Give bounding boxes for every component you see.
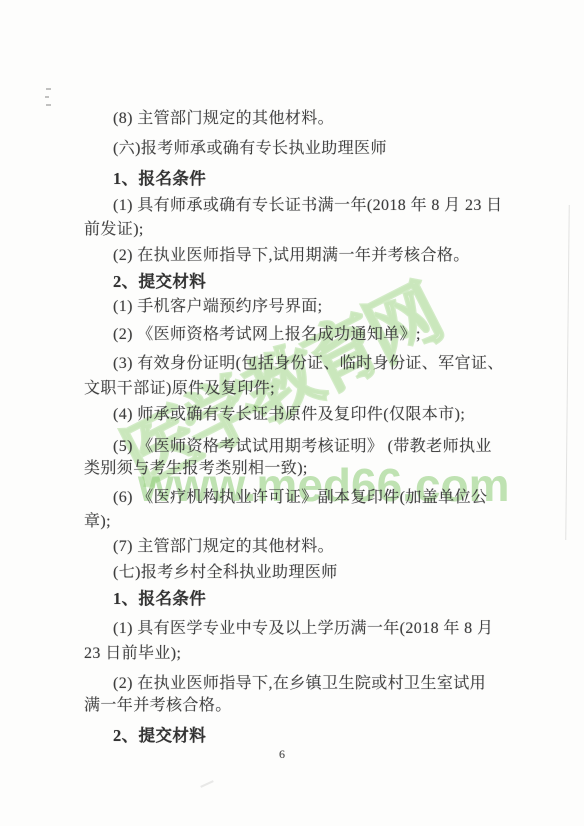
- document-line: (5) 《医师资格考试试用期考核证明》 (带教老师执业: [113, 433, 492, 456]
- document-line: (8) 主管部门规定的其他材料。: [113, 105, 334, 128]
- document-line: 章);: [84, 508, 111, 531]
- document-line: (4) 师承或确有专长证书原件及复印件(仅限本市);: [113, 401, 465, 424]
- document-line: (2) 在执业医师指导下,在乡镇卫生院或村卫生室试用: [113, 670, 486, 693]
- document-line: (2) 在执业医师指导下,试用期满一年并考核合格。: [113, 242, 470, 265]
- document-text: (8) 主管部门规定的其他材料。 (六)报考师承或确有专长执业助理医师 1、报名…: [0, 0, 584, 826]
- document-line: (七)报考乡村全科执业助理医师: [113, 559, 338, 582]
- document-line: (1) 具有医学专业中专及以上学历满一年(2018 年 8 月: [113, 615, 493, 638]
- document-line: (1) 手机客户端预约序号界面;: [113, 293, 323, 316]
- page-number: 6: [279, 747, 285, 762]
- document-line: (六)报考师承或确有专长执业助理医师: [113, 135, 387, 158]
- document-line: 类别须与考生报考类别相一致);: [84, 455, 308, 478]
- document-line: (6) 《医疗机构执业许可证》副本复印件(加盖单位公: [113, 484, 487, 507]
- section-heading: 1、报名条件: [113, 585, 206, 609]
- document-line: 满一年并考核合格。: [84, 692, 232, 715]
- document-line: 前发证);: [84, 216, 144, 239]
- document-line: 23 日前毕业);: [84, 640, 181, 663]
- section-heading: 1、报名条件: [113, 165, 206, 189]
- section-heading: 2、提交材料: [113, 722, 206, 746]
- document-line: (2) 《医师资格考试网上报名成功通知单》;: [113, 321, 421, 344]
- document-line: 文职干部证)原件及复印件;: [84, 375, 275, 398]
- document-page: 医学教育网 www.med66.com (8) 主管部门规定的其他材料。 (六)…: [0, 0, 584, 826]
- document-line: (3) 有效身份证明(包括身份证、临时身份证、军官证、: [113, 350, 504, 373]
- document-line: (1) 具有师承或确有专长证书满一年(2018 年 8 月 23 日: [113, 192, 503, 215]
- document-line: (7) 主管部门规定的其他材料。: [113, 533, 334, 556]
- section-heading: 2、提交材料: [113, 268, 206, 292]
